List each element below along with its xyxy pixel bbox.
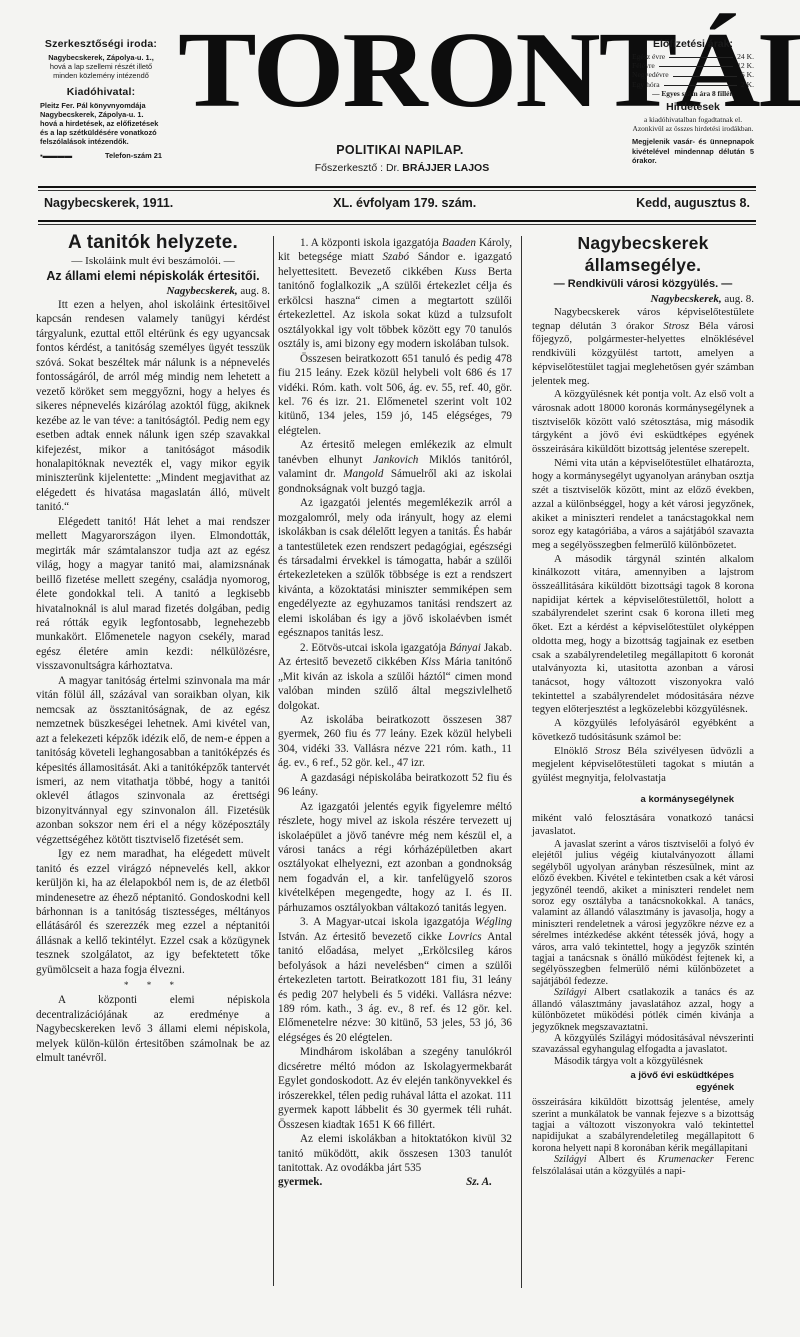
paragraph: Igy ez nem maradhat, ha elégedett müvelt… <box>36 847 270 977</box>
paragraph: Az értesitő melegen emlékezik az elmult … <box>278 438 512 496</box>
column-left: A tanitók helyzete. — Iskoláink mult évi… <box>36 232 270 1066</box>
paragraph: 1. A központi iskola igazgatója Baaden K… <box>278 236 512 352</box>
article-placeline: Nagybecskerek, aug. 8. <box>36 284 270 298</box>
article-placeline: Nagybecskerek, aug. 8. <box>532 292 754 306</box>
paragraph: Nagybecskerek város képviselőtestülete t… <box>532 306 754 388</box>
publisher-heading: Kiadóhivatal: <box>40 86 162 99</box>
paragraph: Összesen beiratkozott 651 tanuló és pedi… <box>278 352 512 439</box>
paragraph: Második tárgya volt a közgyülésnek <box>532 1056 754 1067</box>
paragraph: Némi vita után a képviselőtestület elhat… <box>532 457 754 553</box>
ads-text: a kiadóhivatalban fogadtatnak el. Azonki… <box>632 115 754 133</box>
paragraph: A második tárgynál szintén alkalom kinál… <box>532 553 754 717</box>
paragraph: A közgyülésnek két pontja volt. Az első … <box>532 388 754 457</box>
price-row: Egy hóra2 K. <box>632 80 754 89</box>
paragraph: 3. A Magyar-utcai iskola igazgatója Wégl… <box>278 915 512 1045</box>
editorial-office-address: Nagybecskerek, Zápolya-u. 1., <box>40 53 162 62</box>
newspaper-title: TORONTÁL <box>178 14 620 126</box>
phone-number: 21 <box>154 151 162 160</box>
paragraph: A közgyülés lefolyásáról egyébként a köv… <box>532 717 754 744</box>
paragraph: Az igazgatói jelentés egyik figyelemre m… <box>278 800 512 916</box>
paragraph: A gazdasági népiskolába beiratkozott 52 … <box>278 771 512 800</box>
article-kicker: — Iskoláink mult évi beszámolói. — <box>36 254 270 268</box>
column-divider <box>521 236 522 1288</box>
editor-name: BRÁJJER LAJOS <box>402 162 489 174</box>
editor-line: Főszerkesztő : Dr. BRÁJJER LAJOS <box>262 162 542 174</box>
paragraph: Itt ezen a helyen, ahol iskoláink értesi… <box>36 298 270 515</box>
masthead-left-box: Szerkesztőségi iroda: Nagybecskerek, Záp… <box>40 38 162 160</box>
paragraph: Az iskolába beiratkozott összesen 387 gy… <box>278 713 512 771</box>
dateline: Nagybecskerek, 1911. XL. évfolyam 179. s… <box>44 196 750 210</box>
ads-heading: Hirdetések <box>632 101 754 114</box>
article-deck: Az állami elemi népiskolák értesitői. <box>36 268 270 284</box>
editorial-office-note: hová a lap szellemi részét illető minden… <box>40 62 162 80</box>
paragraph: Szilágyi Albert csatlakozik a tanács és … <box>532 987 754 1033</box>
header-rule-thin <box>38 190 756 191</box>
paragraph: Elnöklő Strosz Béla szivélyesen üdvözli … <box>532 745 754 786</box>
last-word: gyermek. <box>278 1175 322 1189</box>
column-middle: 1. A központi iskola igazgatója Baaden K… <box>278 236 512 1190</box>
article-subhead: a jövő évi esküdtképes egyének <box>532 1067 754 1097</box>
author-signature: Sz. A. <box>466 1175 492 1189</box>
phone-label: Telefon-szám <box>105 151 152 160</box>
header-rule <box>38 186 756 188</box>
column-divider <box>273 236 274 1286</box>
paragraph: Elégedett tanitó! Hát lehet a mai rendsz… <box>36 515 270 674</box>
paragraph: A javaslat szerint a város tisztviselői … <box>532 839 754 987</box>
paragraph: A központi elemi népiskola decentralizác… <box>36 993 270 1065</box>
publication-schedule: Megjelenik vasár- és ünnepnapok kivételé… <box>632 137 754 165</box>
editorial-office-heading: Szerkesztőségi iroda: <box>40 38 162 51</box>
column-right: Nagybecskerek államsegélye. — Rendkivüli… <box>532 232 754 1177</box>
editor-label: Főszerkesztő : Dr. <box>315 162 400 174</box>
paragraph: A magyar tanitóság értelmi szinvonala ma… <box>36 674 270 847</box>
dateline-place-year: Nagybecskerek, 1911. <box>44 196 173 210</box>
paragraph: miként való felosztására vonatkozó tanác… <box>532 812 754 839</box>
dateline-date: Kedd, augusztus 8. <box>636 196 750 210</box>
price-row: Félévre12 K. <box>632 61 754 70</box>
dateline-rule-thin <box>38 224 756 225</box>
article-headline: A tanitók helyzete. <box>36 232 270 254</box>
paragraph: 2. Eötvös-utcai iskola igazgatója Bányai… <box>278 641 512 713</box>
paragraph: Mindhárom iskolában a szegény tanulókról… <box>278 1045 512 1132</box>
masthead: Szerkesztőségi iroda: Nagybecskerek, Záp… <box>0 0 800 190</box>
paragraph: összeirására kiküldött bizottság jelenté… <box>532 1097 754 1154</box>
price-row: Negyedévre6 K. <box>632 70 754 79</box>
publisher-text: Pleitz Fer. Pál könyvnyomdája Nagybecske… <box>40 101 162 147</box>
paragraph: Az igazgatói jelentés megemlékezik arról… <box>278 496 512 641</box>
signature-line: gyermek. Sz. A. <box>278 1175 512 1189</box>
paragraph: Szilágyi Albert és Krumenacker Ferenc fe… <box>532 1154 754 1177</box>
phone-line: ▪▬▬▬▬ Telefon-szám 21 <box>40 151 162 160</box>
single-issue-price: — Egyes szám ára 8 fillér. <box>632 89 754 98</box>
subscription-heading: Előfizetési árak: <box>632 38 754 51</box>
paragraph: Az elemi iskolákban a hitoktatókon kivül… <box>278 1132 512 1175</box>
dateline-volume: XL. évfolyam 179. szám. <box>333 196 476 210</box>
section-separator: * * * <box>36 977 270 993</box>
price-row: Egész évre24 K. <box>632 52 754 61</box>
article-subhead: a kormánysegélynek <box>532 786 754 812</box>
newspaper-subtitle: POLITIKAI NAPILAP. <box>300 143 500 157</box>
paragraph: A közgyülés Szilágyi módositásával névsz… <box>532 1033 754 1056</box>
article-deck: — Rendkivüli városi közgyülés. — <box>532 276 754 292</box>
masthead-right-box: Előfizetési árak: Egész évre24 K. Félévr… <box>632 38 754 165</box>
dateline-rule <box>38 220 756 222</box>
phone-decor: ▪▬▬▬▬ <box>40 151 72 160</box>
article-headline: Nagybecskerek államsegélye. <box>532 232 754 276</box>
